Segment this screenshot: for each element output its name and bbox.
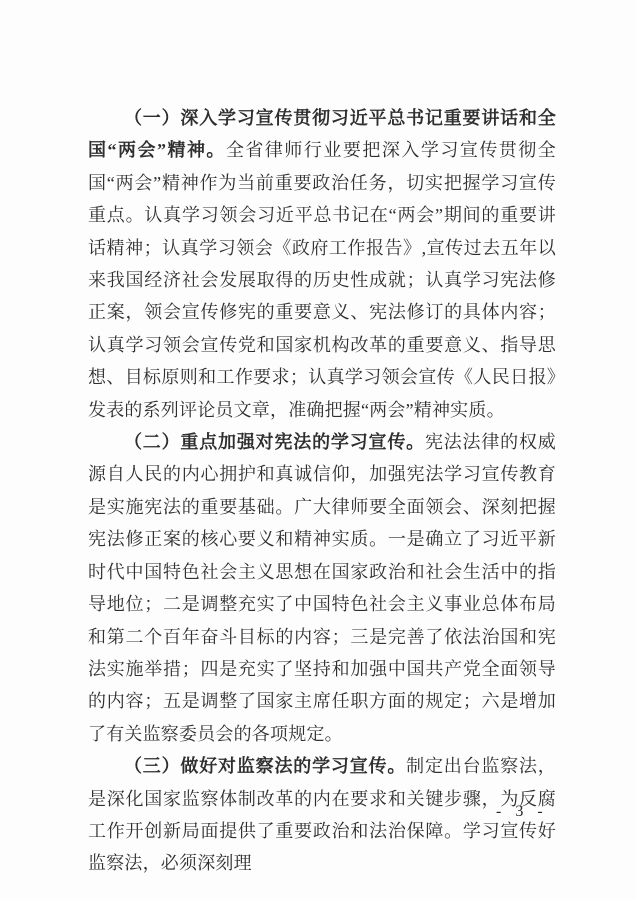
paragraph-1: （一）深入学习宣传贯彻习近平总书记重要讲话和全国“两会”精神。全省律师行业要把深… [88,102,556,426]
document-text-block: （一）深入学习宣传贯彻习近平总书记重要讲话和全国“两会”精神。全省律师行业要把深… [88,102,556,880]
paragraph-2-body: 宪法法律的权威源自人民的内心拥护和真诚信仰，加强宪法学习宣传教育是实施宪法的重要… [88,432,556,744]
paragraph-3-lead: （三）做好对监察法的学习宣传。 [124,756,406,776]
document-page: （一）深入学习宣传贯彻习近平总书记重要讲话和全国“两会”精神。全省律师行业要把深… [0,0,636,900]
paragraph-2-lead: （二）重点加强对宪法的学习宣传。 [124,432,425,452]
paragraph-2: （二）重点加强对宪法的学习宣传。宪法法律的权威源自人民的内心拥护和真诚信仰，加强… [88,426,556,750]
page-number: - 3 - [496,803,548,821]
paragraph-1-body: 全省律师行业要把深入学习宣传贯彻全国“两会”精神作为当前重要政治任务，切实把握学… [88,140,556,419]
paragraph-3: （三）做好对监察法的学习宣传。制定出台监察法，是深化国家监察体制改革的内在要求和… [88,750,556,880]
